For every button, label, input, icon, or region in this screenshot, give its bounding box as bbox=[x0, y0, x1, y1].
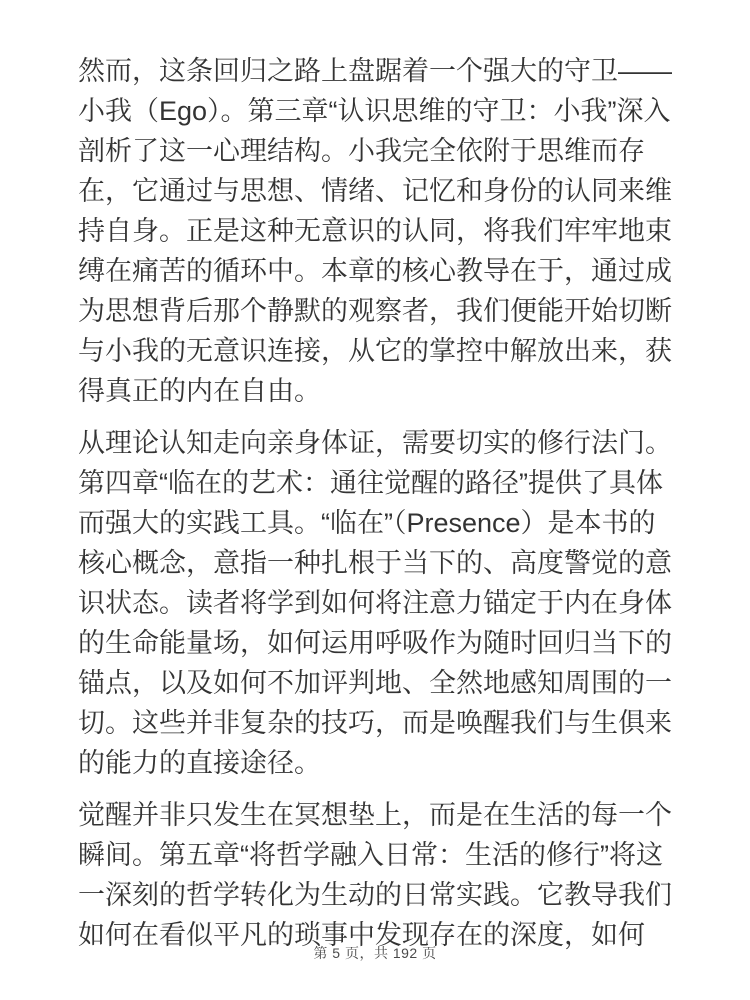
paragraph-2: 从理论认知走向亲身体证，需要切实的修行法门。第四章“临在的艺术：通往觉醒的路径”… bbox=[78, 423, 674, 783]
paragraph-3: 觉醒并非只发生在冥想垫上，而是在生活的每一个瞬间。第五章“将哲学融入日常：生活的… bbox=[78, 795, 674, 955]
page-footer: 第 5 页，共 192 页 bbox=[0, 944, 750, 963]
paragraph-1: 然而，这条回归之路上盘踞着一个强大的守卫——小我（Ego）。第三章“认识思维的守… bbox=[78, 51, 674, 411]
document-page: 然而，这条回归之路上盘踞着一个强大的守卫——小我（Ego）。第三章“认识思维的守… bbox=[0, 0, 750, 1000]
page-number-label: 第 5 页，共 192 页 bbox=[313, 945, 436, 961]
page-body-text: 然而，这条回归之路上盘踞着一个强大的守卫——小我（Ego）。第三章“认识思维的守… bbox=[78, 51, 674, 967]
